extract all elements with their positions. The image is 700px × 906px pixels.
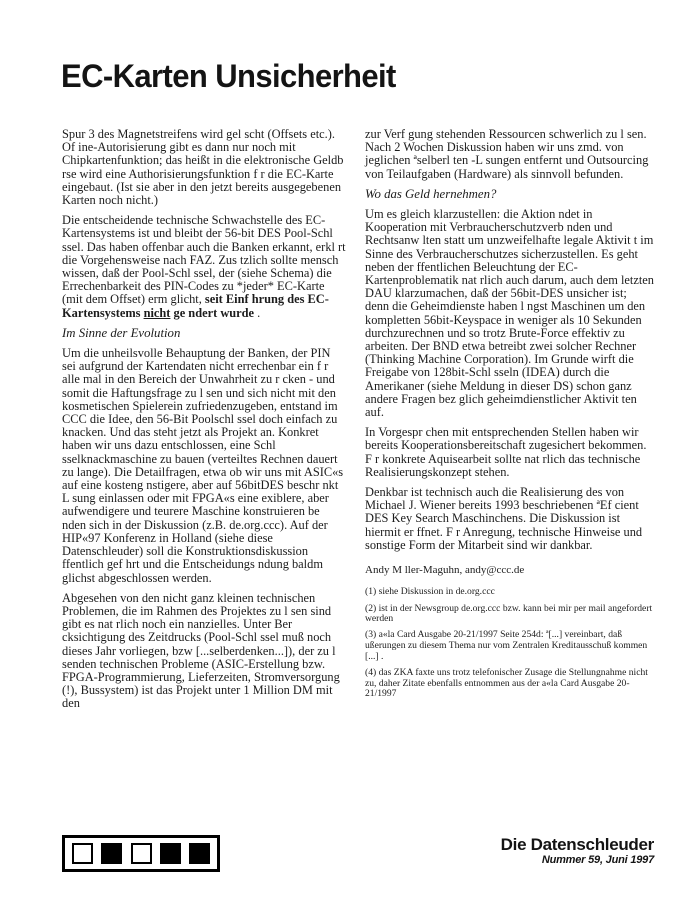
pattern-square-outline: [72, 843, 93, 864]
paragraph-text: .: [254, 306, 260, 320]
pattern-square-filled: [160, 843, 181, 864]
article-body: Spur 3 des Magnetstreifens wird gel scht…: [62, 128, 654, 718]
right-column: zur Verf gung stehenden Ressourcen schwe…: [365, 128, 654, 718]
magazine-title: Die Datenschleuder: [501, 835, 654, 854]
paragraph: zur Verf gung stehenden Ressourcen schwe…: [365, 128, 654, 181]
paragraph: Um die unheilsvolle Behauptung der Banke…: [62, 347, 346, 585]
article-title: EC-Karten Unsicherheit: [61, 58, 396, 95]
issue-pattern-box: [62, 835, 220, 872]
underlined-word: nicht: [144, 306, 171, 320]
footnote-3: (3) a«la Card Ausgabe 20-21/1997 Seite 2…: [365, 630, 654, 662]
pattern-square-filled: [189, 843, 210, 864]
footnote-1: (1) siehe Diskussion in de.org.ccc: [365, 587, 654, 598]
pattern-square-filled: [101, 843, 122, 864]
paragraph: Abgesehen von den nicht ganz kleinen tec…: [62, 592, 346, 711]
pattern-square-outline: [131, 843, 152, 864]
section-subhead: Wo das Geld hernehmen?: [365, 188, 654, 201]
paragraph: Um es gleich klarzustellen: die Aktion n…: [365, 208, 654, 419]
footnote-2: (2) ist in der Newsgroup de.org.ccc bzw.…: [365, 604, 654, 625]
paragraph: Spur 3 des Magnetstreifens wird gel scht…: [62, 128, 346, 207]
footnote-4: (4) das ZKA faxte uns trotz telefonische…: [365, 668, 654, 700]
left-column: Spur 3 des Magnetstreifens wird gel scht…: [62, 128, 346, 718]
paragraph: In Vorgespr chen mit entsprechenden Stel…: [365, 426, 654, 479]
document-page: EC-Karten Unsicherheit Spur 3 des Magnet…: [0, 0, 700, 906]
magazine-footer: Die Datenschleuder Nummer 59, Juni 1997: [501, 835, 654, 867]
issue-number-date: Nummer 59, Juni 1997: [501, 854, 654, 867]
paragraph: Die entscheidende technische Schwachstel…: [62, 214, 346, 320]
author-byline: Andy M ller-Maguhn, andy@ccc.de: [365, 564, 654, 577]
section-subhead: Im Sinne der Evolution: [62, 327, 346, 340]
paragraph: Denkbar ist technisch auch die Realisier…: [365, 486, 654, 552]
bold-text: ge ndert wurde: [170, 306, 254, 320]
